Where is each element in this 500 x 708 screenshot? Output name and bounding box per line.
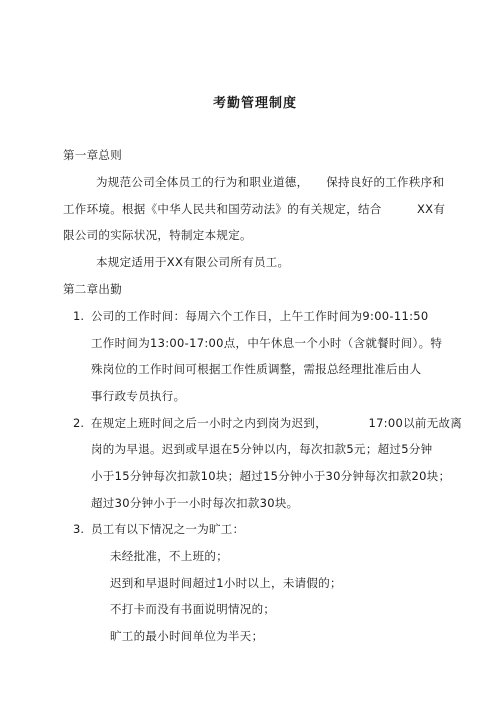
- item-2-line-2: 岗的为早退。迟到或早退在5分钟以内，每次扣款5元；超过5分钟: [91, 442, 432, 456]
- item-1-line-3: 殊岗位的工作时间可根据工作性质调整，需报总经理批准后由人: [91, 362, 421, 376]
- item-1-line-4: 事行政专员执行。: [91, 389, 185, 403]
- chapter-1-para-2: 本规定适用于XX有限公司所有员工。: [96, 255, 289, 269]
- item-3-number: 3.: [73, 522, 84, 536]
- chapter-2-heading: 第二章出勤: [63, 282, 122, 296]
- chapter-1-para-1-line-1: 为规范公司全体员工的行为和职业道德， 保持良好的工作秩序和: [96, 175, 444, 189]
- item-1-line-2: 工作时间为13:00-17:00点，中午休息一个小时（含就餐时间）。特: [91, 336, 442, 350]
- item-3-subitem-2: 迟到和早退时间超过1小时以上，未请假的；: [110, 576, 342, 590]
- item-3-subitem-1: 未经批准，不上班的；: [110, 549, 228, 563]
- item-2-line-1: 在规定上班时间之后一小时之内到岗为迟到， 17:00以前无故离: [91, 416, 462, 430]
- chapter-1-para-1-line-3: 限公司的实际状况，特制定本规定。: [63, 228, 252, 242]
- item-3-subitem-4: 旷工的最小时间单位为半天；: [110, 629, 263, 643]
- item-3-subitem-3: 不打卡而没有书面说明情况的；: [110, 602, 275, 616]
- item-2-line-4: 超过30分钟小于一小时每次扣款30块。: [91, 496, 298, 510]
- item-1-number: 1.: [73, 309, 84, 323]
- item-1-line-1: 公司的工作时间：每周六个工作日，上午工作时间为9:00-11:50: [91, 309, 429, 323]
- document-title: 考勤管理制度: [213, 97, 297, 111]
- chapter-1-heading: 第一章总则: [63, 148, 122, 162]
- chapter-1-para-1-line-2: 工作环境。根据《中华人民共和国劳动法》的有关规定，结合 XX有: [63, 202, 445, 216]
- item-3-line-1: 员工有以下情况之一为旷工：: [91, 522, 244, 536]
- item-2-line-3: 小于15分钟每次扣款10块；超过15分钟小于30分钟每次扣款20块；: [91, 469, 450, 483]
- item-2-number: 2.: [73, 416, 84, 430]
